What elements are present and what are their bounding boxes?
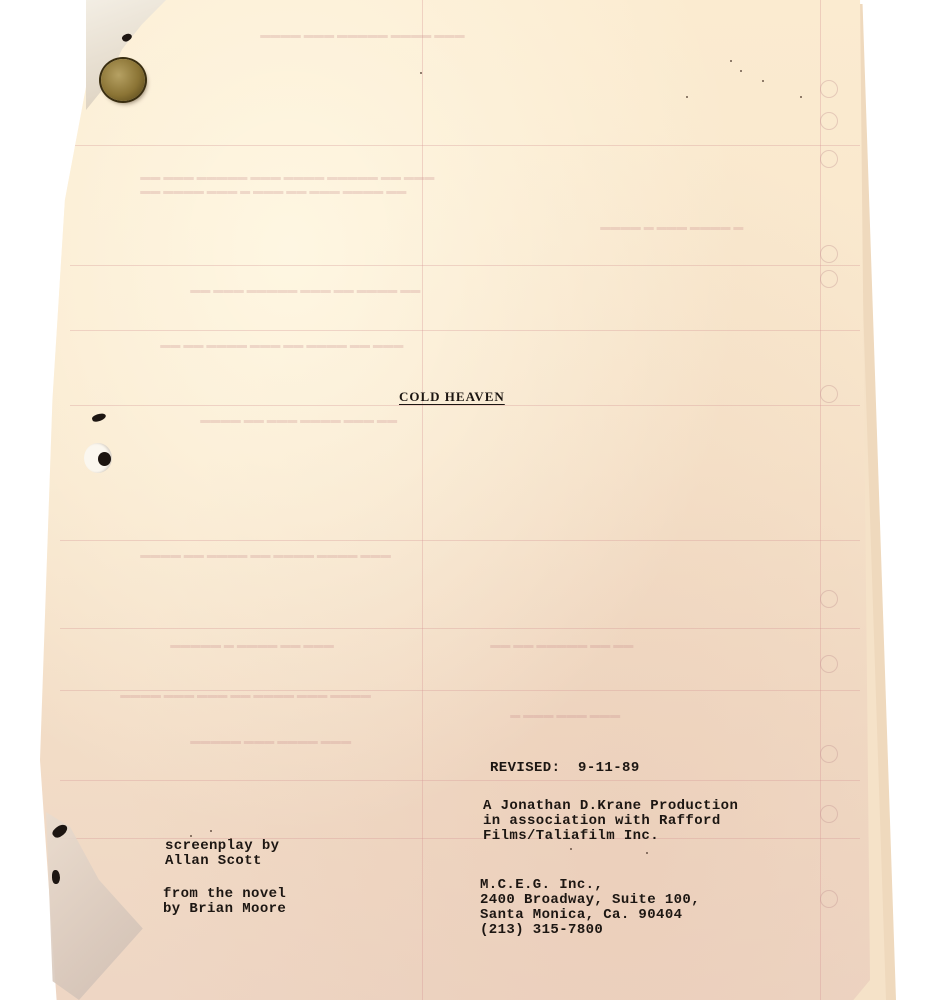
bleed-text: ▬▬▬ ▬▬▬ ▬▬▬ ▬ xyxy=(510,710,620,721)
bleed-text: ▬▬ ▬▬ ▬▬▬▬▬ ▬▬ ▬▬ xyxy=(490,640,633,651)
brass-brad-icon xyxy=(101,59,145,101)
revised-date: 9-11-89 xyxy=(578,760,640,776)
bleed-circle xyxy=(820,112,838,130)
bleed-text: ▬▬▬ ▬▬ ▬▬▬▬ ▬ ▬▬▬▬▬ xyxy=(170,640,334,651)
script-cover-page: ▬▬▬ ▬▬▬▬ ▬▬▬▬▬ ▬▬▬ ▬▬▬▬ ▬▬▬ ▬▬ ▬▬▬▬▬ ▬▬▬… xyxy=(40,0,870,1000)
revision-line: REVISED: 9-11-89 xyxy=(490,761,640,776)
bleed-text: ▬▬▬▬ ▬▬▬ ▬▬▬▬ ▬▬ ▬▬▬ ▬▬▬ ▬▬▬▬ xyxy=(120,690,371,701)
bleed-grid-line xyxy=(70,405,860,406)
screenplay-credit: screenplay byAllan Scott xyxy=(165,839,279,869)
ink-speck xyxy=(646,852,648,854)
ink-speck xyxy=(740,70,742,72)
bleed-grid-line xyxy=(70,330,860,331)
production-line: A Jonathan D.Krane Production xyxy=(483,799,738,814)
company-address: M.C.E.G. Inc.,2400 Broadway, Suite 100,S… xyxy=(480,878,700,938)
ink-speck xyxy=(730,60,732,62)
source-author: by Brian Moore xyxy=(163,902,286,917)
bleed-circle xyxy=(820,270,838,288)
screenplay-line: screenplay by xyxy=(165,839,279,854)
bleed-circle xyxy=(820,245,838,263)
bleed-circle xyxy=(820,590,838,608)
bleed-grid-line xyxy=(422,0,423,1000)
ink-blot xyxy=(52,870,60,884)
source-credit: from the novelby Brian Moore xyxy=(163,887,286,917)
bleed-grid-line xyxy=(60,540,860,541)
bleed-circle xyxy=(820,655,838,673)
production-line: in association with Rafford xyxy=(483,814,738,829)
bleed-grid-line xyxy=(70,265,860,266)
bleed-text: ▬▬▬ ▬▬ ▬▬▬▬▬ ▬▬▬▬ ▬▬▬ ▬▬▬▬▬ ▬▬▬ ▬▬ xyxy=(140,172,434,183)
script-title: COLD HEAVEN xyxy=(399,389,505,404)
bleed-circle xyxy=(820,150,838,168)
screenplay-writer: Allan Scott xyxy=(165,854,279,869)
revised-label: REVISED: xyxy=(490,760,560,776)
bleed-circle xyxy=(820,890,838,908)
ink-speck xyxy=(686,96,688,98)
bleed-grid-line xyxy=(60,628,860,629)
photo-stage: ▬▬▬ ▬▬▬▬ ▬▬▬▬▬ ▬▬▬ ▬▬▬▬ ▬▬▬ ▬▬ ▬▬▬▬▬ ▬▬▬… xyxy=(0,0,951,1000)
bleed-text: ▬▬▬ ▬▬▬▬ ▬▬▬▬ ▬▬ ▬▬▬▬ ▬▬ ▬▬▬▬ xyxy=(140,550,391,561)
ink-speck xyxy=(570,848,572,850)
hole-punch-icon xyxy=(84,443,112,473)
bleed-text: ▬▬ ▬▬▬ ▬▬▬▬ ▬▬▬ ▬▬ ▬▬▬▬ xyxy=(200,415,397,426)
ink-speck xyxy=(210,830,212,832)
bleed-grid-line xyxy=(70,145,860,146)
ink-speck xyxy=(230,838,232,840)
company-phone: (213) 315-7800 xyxy=(480,923,700,938)
company-street: 2400 Broadway, Suite 100, xyxy=(480,893,700,908)
bleed-text: ▬▬▬ ▬▬ ▬▬▬▬ ▬▬ ▬▬▬ ▬▬▬▬ ▬▬ ▬▬ xyxy=(160,340,403,351)
bleed-circle xyxy=(820,385,838,403)
company-city: Santa Monica, Ca. 90404 xyxy=(480,908,700,923)
production-line: Films/Taliafilm Inc. xyxy=(483,829,738,844)
company-name: M.C.E.G. Inc., xyxy=(480,878,700,893)
source-line: from the novel xyxy=(163,887,286,902)
bleed-text: ▬ ▬▬▬▬ ▬▬▬ ▬ ▬▬▬▬ xyxy=(600,222,743,233)
bleed-text: ▬▬ ▬▬▬▬ ▬▬▬ ▬▬ ▬▬▬ ▬ ▬▬▬ ▬▬▬▬ ▬▬ xyxy=(140,186,406,197)
bleed-grid-line xyxy=(60,780,860,781)
bleed-circle xyxy=(820,805,838,823)
ink-speck xyxy=(190,835,192,837)
bleed-grid-line xyxy=(820,0,821,1000)
ink-speck xyxy=(800,96,802,98)
bleed-text: ▬▬▬ ▬▬▬▬ ▬▬▬ ▬▬▬▬▬ xyxy=(190,736,351,747)
bleed-circle xyxy=(820,745,838,763)
bleed-circle xyxy=(820,80,838,98)
production-credit: A Jonathan D.Krane Productionin associat… xyxy=(483,799,738,844)
bleed-text: ▬▬▬ ▬▬▬▬ ▬▬▬▬▬ ▬▬▬ ▬▬▬▬ xyxy=(260,30,465,41)
ink-speck xyxy=(762,80,764,82)
bleed-text: ▬▬ ▬▬▬▬ ▬▬ ▬▬▬ ▬▬▬▬▬ ▬▬▬ ▬▬ xyxy=(190,285,420,296)
ink-speck xyxy=(420,72,422,74)
